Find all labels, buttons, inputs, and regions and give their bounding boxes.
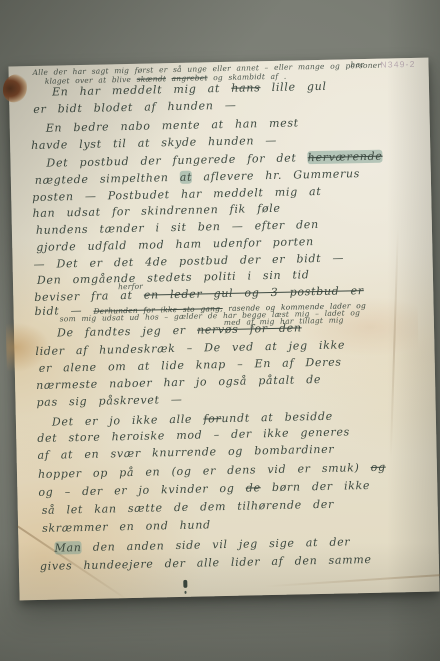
handwriting-text: den anden side vil jeg sige at der bbox=[81, 535, 350, 554]
handwriting-line: gives hundeejere der alle lider af den s… bbox=[40, 554, 372, 572]
handwriting-line: han udsat for skindrennen fik føle bbox=[32, 203, 280, 219]
handwriting-struck-text: for bbox=[203, 412, 221, 425]
handwriting-struck-text: herværende bbox=[308, 150, 383, 165]
handwriting-line: nærmeste naboer har jo også påtalt de bbox=[36, 374, 321, 391]
handwriting-line: havde lyst til at skyde hunden — bbox=[31, 135, 277, 151]
catalog-number: N349-2 bbox=[380, 59, 430, 70]
handwriting-text: Man bbox=[54, 541, 81, 555]
handwriting-line: af at en svær knurrende og bombardiner bbox=[37, 444, 334, 461]
handwriting-line: pas sig påskrevet — bbox=[36, 394, 182, 408]
ink-blot bbox=[183, 580, 187, 588]
handwriting-line: Det postbud der fungerede for det hervær… bbox=[46, 151, 382, 169]
handwriting-line: Det er jo ikke alle forundt at besidde bbox=[52, 411, 333, 428]
handwriting-struck-text: og bbox=[371, 461, 386, 474]
handwriting-text: børn der ikke bbox=[261, 479, 371, 494]
handwriting-text: hopper op på en (og er dens vid er smuk) bbox=[38, 461, 371, 481]
handwriting-text: gjorde udfald mod ham udenfor porten bbox=[36, 235, 314, 254]
handwriting-text: hundens tænder i sit ben — efter den bbox=[36, 218, 319, 237]
handwriting-line: En bedre nabo mente at han mest bbox=[46, 117, 299, 133]
photo-background: N349-2 Alle der har sagt mig først er så… bbox=[0, 0, 440, 661]
handwriting-text: beviser fra at bbox=[34, 289, 144, 304]
handwriting-text: undt at besidde bbox=[221, 410, 333, 425]
handwriting-struck-text: de bbox=[246, 481, 261, 494]
handwriting-text: Den omgående stedets politi i sin tid bbox=[37, 268, 310, 287]
handwriting-line: er bidt blodet af hunden — bbox=[33, 100, 236, 115]
handwriting-text: det store heroiske mod – der ikke genere… bbox=[37, 425, 350, 445]
handwriting-line: hopper op på en (og er dens vid er smuk)… bbox=[38, 462, 386, 480]
handwriting-line: gjorde udfald mod ham udenfor porten bbox=[36, 236, 314, 253]
handwriting-line: det store heroiske mod – der ikke genere… bbox=[37, 426, 350, 444]
handwriting-line: skræmmer en ond hund bbox=[42, 519, 211, 534]
handwriting-text: af at en svær knurrende og bombardiner bbox=[37, 443, 334, 462]
handwriting-struck-text: hans bbox=[231, 81, 260, 95]
handwriting-line: er alene om at lide knap – En af Deres bbox=[39, 357, 342, 374]
handwriting-line: hundens tænder i sit ben — efter den bbox=[36, 219, 319, 236]
handwriting-text: pas sig påskrevet — bbox=[36, 393, 182, 409]
handwriting-line: Den omgående stedets politi i sin tid bbox=[37, 269, 310, 286]
burn-mark bbox=[3, 74, 28, 102]
handwriting-struck-text: nervøs for den bbox=[197, 321, 302, 336]
handwriting-text: Det er jo ikke alle bbox=[52, 412, 204, 428]
handwriting-text: aflevere hr. Gummerus bbox=[192, 167, 360, 184]
handwriting-text: gives hundeejere der alle lider af den s… bbox=[40, 553, 372, 573]
handwriting-line: Man den anden side vil jeg sige at der bbox=[54, 536, 350, 553]
handwriting-text: Det postbud der fungerede for det bbox=[46, 151, 307, 169]
handwriting-text: er alene om at lide knap – En af Deres bbox=[39, 356, 342, 375]
handwriting-text: De fandtes jeg er bbox=[57, 324, 197, 340]
handwriting-line: har bbox=[350, 61, 364, 69]
handwriting-text: nægtede simpelthen bbox=[35, 171, 180, 187]
handwriting-text: havde lyst til at skyde hunden — bbox=[31, 134, 277, 152]
handwriting-line: posten — Postbudet har meddelt mig at bbox=[32, 186, 321, 203]
handwriting-text: har bbox=[350, 60, 364, 69]
handwriting-line: så let kan sætte de dem tilhørende der bbox=[42, 499, 334, 516]
handwriting-line: nægtede simpelthen at aflevere hr. Gumme… bbox=[35, 168, 360, 186]
handwriting-text: skræmmer en ond hund bbox=[42, 518, 211, 535]
handwriting-text: nærmeste naboer har jo også påtalt de bbox=[36, 373, 321, 392]
handwriting-line: De fandtes jeg er nervøs for den bbox=[57, 322, 302, 338]
handwriting-text: er bidt blodet af hunden — bbox=[33, 99, 236, 116]
manuscript-page: N349-2 Alle der har sagt mig først er så… bbox=[8, 58, 439, 601]
handwriting-text: En bedre nabo mente at han mest bbox=[46, 116, 299, 134]
handwriting-text: lille gul bbox=[260, 80, 326, 94]
handwriting-text: at bbox=[180, 171, 193, 184]
handwriting-text: En har meddelt mig at bbox=[52, 82, 232, 99]
handwriting-text: han udsat for skindrennen fik føle bbox=[32, 202, 280, 220]
paper-crease bbox=[233, 573, 440, 588]
handwriting-text: så let kan sætte de dem tilhørende der bbox=[42, 498, 334, 517]
handwriting-text: og – der er jo kvinder og bbox=[38, 482, 246, 499]
handwriting-line: — Det er det 4de postbud der er bidt — bbox=[33, 252, 344, 270]
handwriting-line: og – der er jo kvinder og de børn der ik… bbox=[38, 480, 370, 498]
